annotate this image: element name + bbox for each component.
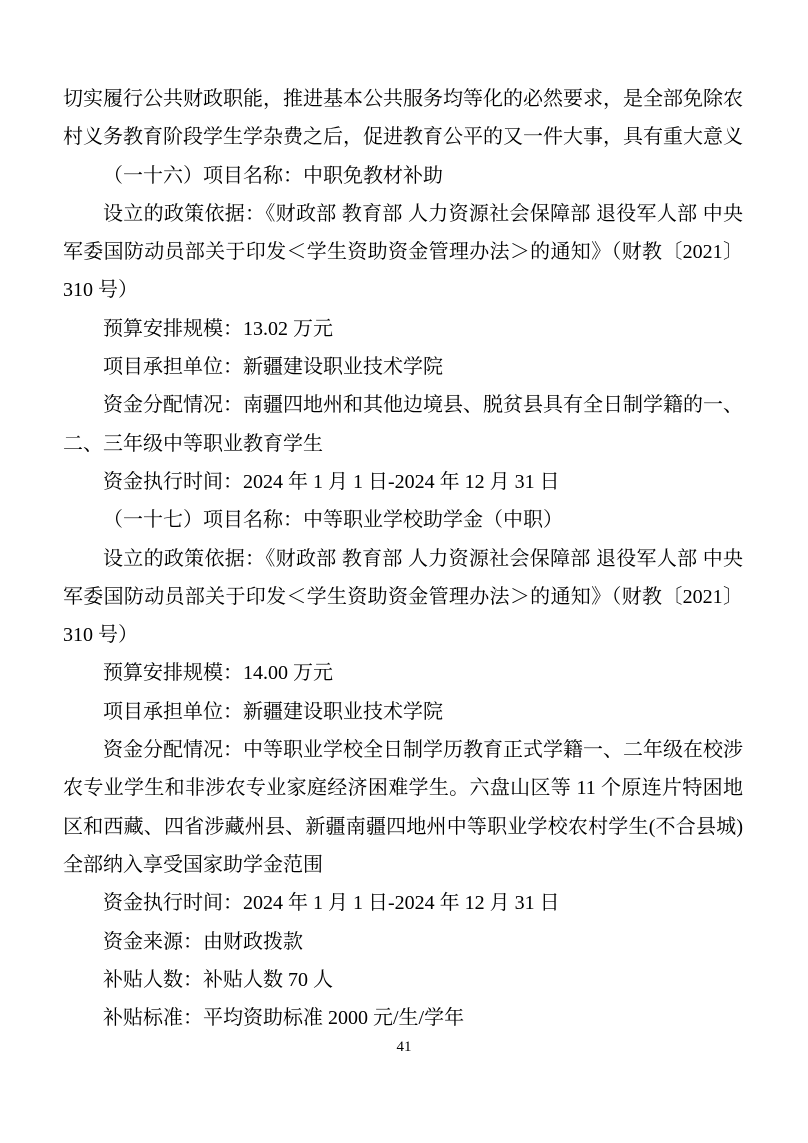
- page-number: 41: [0, 1038, 808, 1056]
- paragraph: 资金执行时间：2024 年 1 月 1 日-2024 年 12 月 31 日: [63, 884, 743, 922]
- paragraph: 切实履行公共财政职能，推进基本公共服务均等化的必然要求，是全部免除农村义务教育阶…: [63, 80, 743, 157]
- paragraph: 资金来源：由财政拨款: [63, 923, 743, 961]
- paragraph: （一十六）项目名称：中职免教材补助: [63, 157, 743, 195]
- paragraph: 资金执行时间：2024 年 1 月 1 日-2024 年 12 月 31 日: [63, 463, 743, 501]
- paragraph: （一十七）项目名称：中等职业学校助学金（中职）: [63, 501, 743, 539]
- paragraph: 预算安排规模：13.02 万元: [63, 310, 743, 348]
- paragraph: 项目承担单位：新疆建设职业技术学院: [63, 693, 743, 731]
- document-body: 切实履行公共财政职能，推进基本公共服务均等化的必然要求，是全部免除农村义务教育阶…: [63, 80, 743, 1037]
- paragraph: 预算安排规模：14.00 万元: [63, 654, 743, 692]
- paragraph: 补贴标准：平均资助标准 2000 元/生/学年: [63, 999, 743, 1037]
- paragraph: 资金分配情况：中等职业学校全日制学历教育正式学籍一、二年级在校涉农专业学生和非涉…: [63, 731, 743, 884]
- paragraph: 设立的政策依据：《财政部 教育部 人力资源社会保障部 退役军人部 中央军委国防动…: [63, 195, 743, 310]
- paragraph: 补贴人数：补贴人数 70 人: [63, 961, 743, 999]
- document-page: 切实履行公共财政职能，推进基本公共服务均等化的必然要求，是全部免除农村义务教育阶…: [0, 0, 808, 1143]
- paragraph: 资金分配情况：南疆四地州和其他边境县、脱贫县具有全日制学籍的一、二、三年级中等职…: [63, 386, 743, 463]
- paragraph: 项目承担单位：新疆建设职业技术学院: [63, 348, 743, 386]
- paragraph: 设立的政策依据：《财政部 教育部 人力资源社会保障部 退役军人部 中央军委国防动…: [63, 540, 743, 655]
